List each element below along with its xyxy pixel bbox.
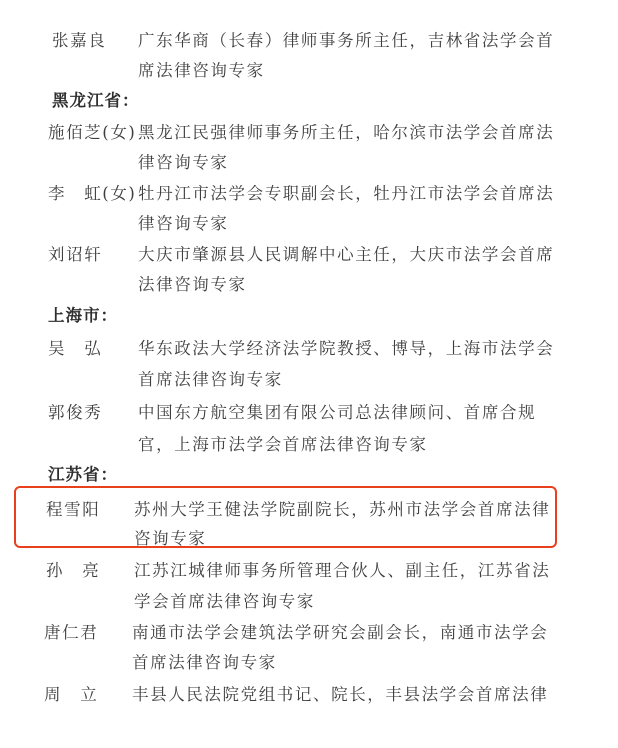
entry-description-line: 官，上海市法学会首席法律咨询专家 (138, 434, 428, 456)
entry-description-line: 律咨询专家 (138, 213, 229, 235)
entry-description-line: 大庆市肇源县人民调解中心主任，大庆市法学会首席 (138, 244, 554, 266)
entry-description-line: 牡丹江市法学会专职副会长，牡丹江市法学会首席法 (138, 183, 554, 205)
entry-description-line: 咨询专家 (134, 528, 206, 550)
entry-description-line: 学会首席法律咨询专家 (134, 591, 315, 613)
document-page: 张嘉良 广东华商（长春）律师事务所主任，吉林省法学会首 席法律咨询专家 黑龙江省… (0, 0, 618, 748)
entry-name: 孙 亮 (46, 560, 100, 582)
entry-name: 施佰芝(女) (48, 122, 136, 144)
entry-description-line: 江苏江城律师事务所管理合伙人、副主任，江苏省法 (134, 560, 550, 582)
entry-name: 吴 弘 (48, 338, 102, 360)
entry-name-highlighted: 程雪阳 (46, 499, 100, 521)
entry-description-line: 首席法律咨询专家 (138, 369, 283, 391)
entry-description-line: 丰县人民法院党组书记、院长，丰县法学会首席法律 (132, 684, 548, 706)
entry-name: 刘诏轩 (48, 244, 102, 266)
entry-description-line: 席法律咨询专家 (138, 60, 265, 82)
entry-description-line: 法律咨询专家 (138, 274, 247, 296)
entry-name: 张嘉良 (52, 30, 106, 52)
entry-name: 李 虹(女) (48, 183, 136, 205)
entry-description-line: 黑龙江民强律师事务所主任，哈尔滨市法学会首席法 (138, 122, 554, 144)
entry-description-line: 首席法律咨询专家 (132, 652, 277, 674)
entry-description-line: 律咨询专家 (138, 152, 229, 174)
province-heading: 上海市： (48, 305, 118, 327)
entry-description-line: 苏州大学王健法学院副院长，苏州市法学会首席法律 (134, 499, 550, 521)
entry-name: 唐仁君 (44, 622, 98, 644)
entry-description-line: 广东华商（长春）律师事务所主任，吉林省法学会首 (138, 30, 554, 52)
entry-name: 郭俊秀 (48, 402, 102, 424)
province-heading: 黑龙江省： (52, 90, 140, 112)
province-heading: 江苏省： (48, 464, 118, 486)
entry-name: 周 立 (44, 684, 98, 706)
entry-description-line: 南通市法学会建筑法学研究会副会长，南通市法学会 (132, 622, 548, 644)
entry-description-line: 华东政法大学经济法学院教授、博导，上海市法学会 (138, 338, 554, 360)
entry-description-line: 中国东方航空集团有限公司总法律顾问、首席合规 (138, 402, 536, 424)
